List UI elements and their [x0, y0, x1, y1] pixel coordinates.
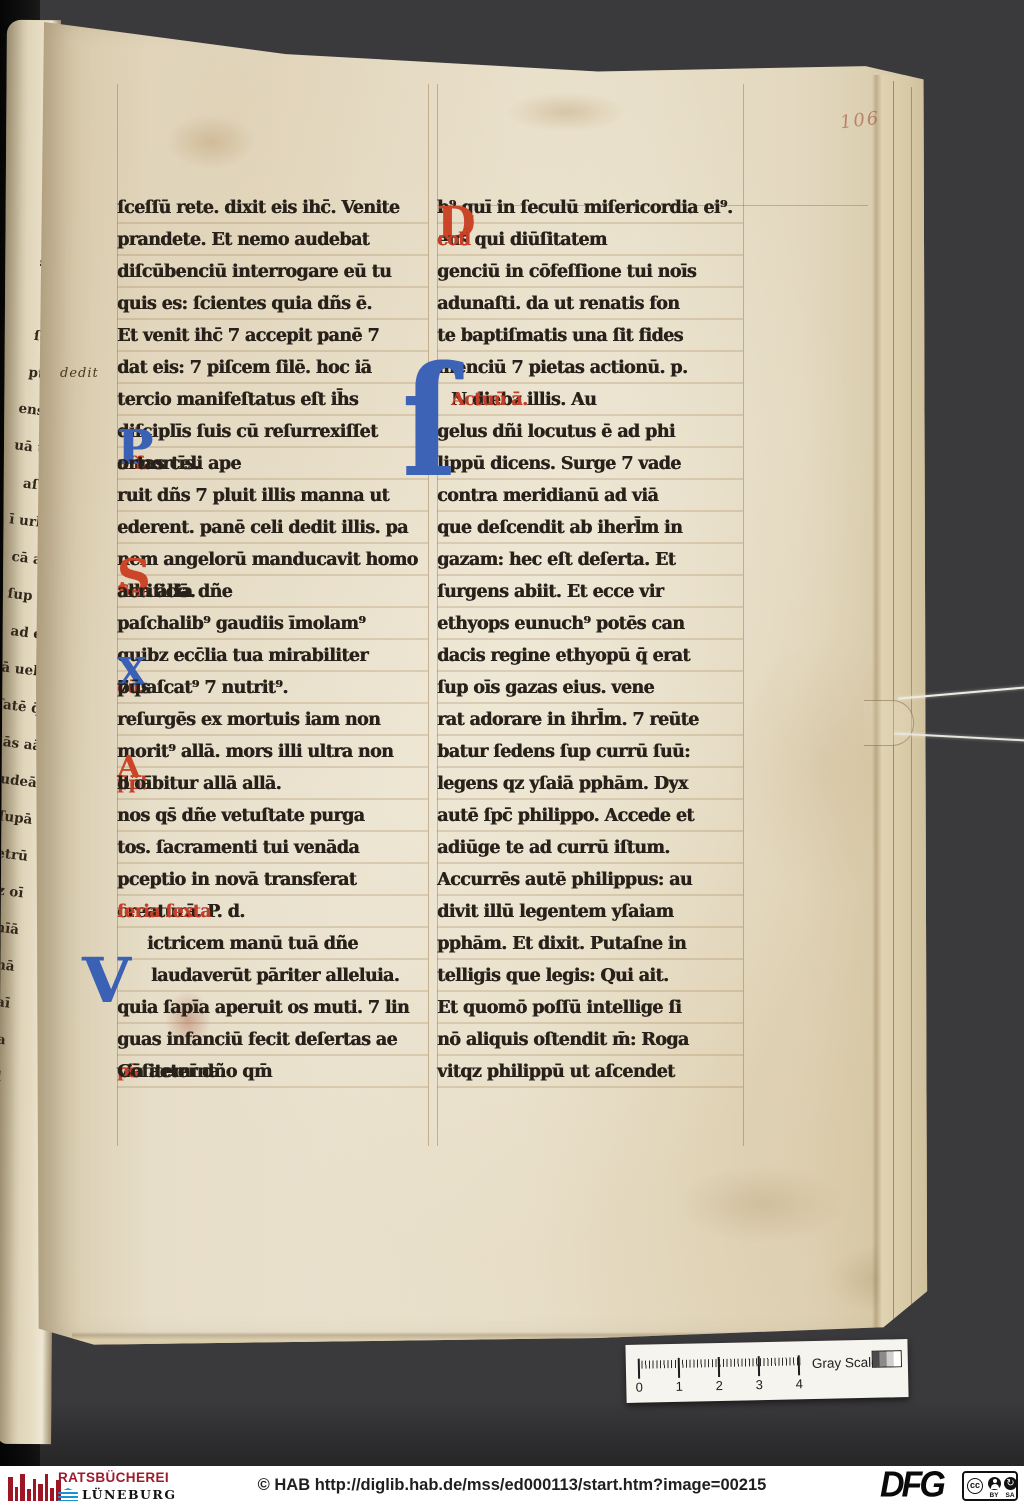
ruler-tick-label: 0 — [632, 1380, 646, 1395]
manuscript-line: rat adorare in ihrl̄m. 7 reūte — [437, 704, 743, 736]
ruler-major-tick — [758, 1356, 760, 1376]
manuscript-line: diſciplīs ſuis cū reſurrexiſſet — [117, 416, 428, 448]
manuscript-line: tos. ſacramenti tui venāda — [117, 832, 428, 864]
text-ink: gazam: hec eſt deſerta. Et — [437, 544, 675, 576]
text-ink: ſup oīs gazas eius. vene — [437, 672, 654, 704]
manuscript-line: quia ſapīa aperuit os muti. 7 lin — [117, 992, 428, 1024]
manuscript-line: dacis regine ethyopū q̄ erat — [437, 640, 743, 672]
text-rubric: feria ſexta — [117, 896, 211, 928]
manuscript-line: Deus qui diūſitatem coll̄ — [437, 224, 743, 256]
person-icon — [991, 1484, 999, 1489]
cc-sa-icon: ↻ — [1004, 1477, 1017, 1490]
initial-V: V — [82, 944, 130, 1017]
text-ink: b⁹ quī in ſeculū miſericordia ei⁹. — [437, 192, 732, 224]
manuscript-line: ſceſſū rete. dixit eis ihc̄. Venite — [117, 192, 428, 224]
manuscript-line: reſurgēs ex mortuis iam non — [117, 704, 428, 736]
text-ink: nem angelorū manducavit homo — [117, 544, 418, 576]
manuscript-line: pceptio in novā transferat — [117, 864, 428, 896]
cc-by-icon — [988, 1477, 1001, 1490]
share-alike-arrow-icon: ↻ — [1004, 1477, 1017, 1490]
text-ink: diſciplīs ſuis cū reſurrexiſſet — [117, 416, 377, 448]
text-ink: quis es: ſcientes quia dñs ē. — [117, 288, 372, 320]
cc-icon: cc — [967, 1478, 983, 1494]
dfg-logo: DFG — [880, 1465, 943, 1506]
text-ink: ortas celi ape — [117, 448, 241, 480]
manuscript-line: nem angelorū manducavit homo — [117, 544, 428, 576]
grayscale-label: Gray Scale — [812, 1355, 879, 1371]
manuscript-line: N diebz illis. Au Actuū ā. — [437, 384, 743, 416]
text-ink: guas infanciū fecit deſertas ae — [117, 1024, 397, 1056]
manuscript-line: morit⁹ allā. mors illi ultra non — [117, 736, 428, 768]
manuscript-line: que deſcendit ab iherl̄m in — [437, 512, 743, 544]
manuscript-line: quibz ecc̄lia tua mirabiliter — [117, 640, 428, 672]
manuscript-line: divit illū legentem yſaiam — [437, 896, 743, 928]
text-ink: morit⁹ allā. mors illi ultra non — [117, 736, 393, 768]
manuscript-line: batur ſedens ſup currū ſuū: — [437, 736, 743, 768]
manuscript-line: adiūge te ad currū iſtum. — [437, 832, 743, 864]
manuscript-line: ethyops eunuch⁹ potēs can — [437, 608, 743, 640]
leaf-edge-line — [911, 87, 912, 1331]
text-ink: lippū dicens. Surge 7 vade — [437, 448, 681, 480]
text-ink: nō aliquis oſtendit m̄: Roga — [437, 1024, 689, 1056]
ruler-major-tick — [718, 1357, 720, 1377]
manuscript-line: b⁹ quī in ſeculū miſericordia ei⁹. — [437, 192, 743, 224]
ruler-tick-label: 1 — [672, 1379, 686, 1394]
text-ink: ethyops eunuch⁹ potēs can — [437, 608, 684, 640]
manuscript-line: gelus dñi locutus ē ad phi — [437, 416, 743, 448]
text-ink: Et venit ihc̄ 7 accepit panē 7 — [117, 320, 379, 352]
page-holder-clip — [864, 700, 914, 746]
text-ink: paſchalib⁹ gaudiis īmolam⁹ — [117, 608, 365, 640]
text-rubric: coll̄ — [437, 224, 470, 256]
ruling-vertical — [743, 84, 744, 1146]
parchment-stain — [506, 92, 626, 132]
text-ink: ſurgens abiit. Et ecce vir — [437, 576, 663, 608]
margin-note: dedit — [60, 366, 99, 381]
manuscript-line: nos qs̄ dñe vetuſtate purga — [117, 800, 428, 832]
manuscript-line: ederent. panē celi dedit illis. pa — [117, 512, 428, 544]
footer-bar: RATSBÜCHEREI LÜNEBURG © HAB http://digli… — [0, 1466, 1024, 1506]
manuscript-line: ictricem manū tuā dñe — [117, 928, 428, 960]
text-ink: ruit dñs 7 pluit illis manna ut — [117, 480, 389, 512]
manuscript-line: telligis que legis: Qui ait. — [437, 960, 743, 992]
text-ink: gelus dñi locutus ē ad phi — [437, 416, 675, 448]
text-ink: quibz ecc̄lia tua mirabiliter — [117, 640, 368, 672]
text-ink: ictricem manū tuā dñe — [147, 928, 358, 960]
manuscript-line: menciū 7 pietas actionū. p. — [437, 352, 743, 384]
manuscript-line: 7 paſcat⁹ 7 nutrit⁹. cō. Xpūs — [117, 672, 428, 704]
text-ink: adiūge te ad currū iſtum. — [437, 832, 670, 864]
grayscale-ruler: 0 1 2 3 4 Gray Scale — [625, 1339, 908, 1403]
ruler-tick-label: 2 — [712, 1378, 726, 1393]
text-ink: telligis que legis: Qui ait. — [437, 960, 668, 992]
manuscript-line: laudaverūt pāriter alleluia. — [117, 960, 428, 992]
manuscript-line: ſurgens abiit. Et ecce vir — [437, 576, 743, 608]
text-ink: pūs — [117, 672, 150, 704]
ruler-major-tick — [638, 1359, 640, 1379]
text-ink: adunaſti. da ut renatis fon — [437, 288, 679, 320]
text-ink: quia ſapīa aperuit os muti. 7 lin — [117, 992, 409, 1024]
manuscript-line: dat eis: 7 piſcem ſilē. hoc iā — [117, 352, 428, 384]
manuscript-line: ſup oīs gazas eius. vene — [437, 672, 743, 704]
manuscript-line: te baptiſmatis una ſit fides — [437, 320, 743, 352]
text-ink: genciū in cōfeſſione tui noīs — [437, 256, 696, 288]
text-ink: autē ſpc̄ philippo. Accede et — [437, 800, 694, 832]
text-ink: batur ſedens ſup currū ſuū: — [437, 736, 690, 768]
manuscript-line: creaturā. P. d. feria ſexta — [117, 896, 428, 928]
parchment-stain — [166, 114, 256, 169]
digitized-manuscript-viewer: au ſcō ītusos. dūoſſul q̄s ihc̄. ſocū ſe… — [0, 0, 1024, 1506]
cc-sa-label: SA — [1003, 1492, 1017, 1499]
manuscript-line: guas infanciū fecit deſertas ae — [117, 1024, 428, 1056]
ruler-tick-label: 4 — [792, 1376, 806, 1391]
manuscript-line: prandete. Et nemo audebat — [117, 224, 428, 256]
text-ink: te baptiſmatis una ſit fides — [437, 320, 683, 352]
manuscript-line: vitqz philippū ut aſcendet — [437, 1056, 743, 1088]
manuscript-line: allā allā. Scr̄. Sacrificia dñe — [117, 576, 428, 608]
text-ink: nos qs̄ dñe vetuſtate purga — [117, 800, 364, 832]
text-ink: dat eis: 7 piſcem ſilē. hoc iā — [117, 352, 371, 384]
manuscript-line: contra meridianū ad viā — [437, 480, 743, 512]
text-ink: pphām. Et dixit. Putaſne in — [437, 928, 686, 960]
cc-license-badge[interactable]: cc ↻ BY SA — [962, 1471, 1018, 1501]
manuscript-line: gazam: hec eſt deſerta. Et — [437, 544, 743, 576]
background-shade — [0, 1400, 1024, 1466]
column-2: b⁹ quī in ſeculū miſericordia ei⁹.Deus q… — [437, 192, 743, 1088]
text-ink: tos. ſacramenti tui venāda — [117, 832, 359, 864]
person-icon — [993, 1479, 997, 1483]
manuscript-line: dñabitur allā allā. p̄pl Ab oī — [117, 768, 428, 800]
cc-by-label: BY — [987, 1492, 1001, 1499]
manuscript-line: ruit dñs 7 pluit illis manna ut — [117, 480, 428, 512]
text-ink: Cōfitemī dño qm̄ — [117, 1056, 272, 1088]
text-rubric: Actuū ā. — [451, 384, 528, 416]
initial-I: ſ — [402, 346, 456, 498]
text-ink: reſurgēs ex mortuis iam non — [117, 704, 380, 736]
manuscript-line: tercio manifeſtatus eſt ih̄s — [117, 384, 428, 416]
text-ink: que deſcendit ab iherl̄m in — [437, 512, 682, 544]
text-ink: divit illū legentem yſaiam — [437, 896, 673, 928]
text-ink: menciū 7 pietas actionū. p. — [437, 352, 687, 384]
gray-patch-white — [894, 1351, 901, 1366]
text-ink: prandete. Et nemo audebat — [117, 224, 369, 256]
manuscript-line: genciū in cōfeſſione tui noīs — [437, 256, 743, 288]
text-ink: tercio manifeſtatus eſt ih̄s — [117, 384, 358, 416]
manuscript-line: a mortīs. off. Portas celi ape — [117, 448, 428, 480]
manuscript-line: autē ſpc̄ philippo. Accede et — [437, 800, 743, 832]
column-1: ſceſſū rete. dixit eis ihc̄. Veniteprand… — [117, 192, 428, 1088]
manuscript-line: pphām. Et dixit. Putaſne in — [437, 928, 743, 960]
text-ink: dacis regine ethyopū q̄ erat — [437, 640, 690, 672]
manuscript-line: diſcūbenciū interrogare eū tu — [117, 256, 428, 288]
manuscript-line: via aeterna. ps̄ Cōfitemī dño qm̄ — [117, 1056, 428, 1088]
text-ink: contra meridianū ad viā — [437, 480, 658, 512]
ruler-major-tick — [678, 1358, 680, 1378]
ruler-major-tick — [798, 1355, 800, 1375]
grayscale-patches — [872, 1350, 902, 1368]
copyright-link[interactable]: © HAB http://diglib.hab.de/mss/ed000113/… — [0, 1476, 1024, 1495]
text-ink: diſcūbenciū interrogare eū tu — [117, 256, 391, 288]
text-ink: laudaverūt pāriter alleluia. — [151, 960, 399, 992]
manuscript-line: adunaſti. da ut renatis fon — [437, 288, 743, 320]
manuscript-line: nō aliquis oſtendit m̄: Roga — [437, 1024, 743, 1056]
text-ink: Accurrēs autē philippus: au — [437, 864, 692, 896]
manuscript-line: legens qz yſaiā pphām. Dyx — [437, 768, 743, 800]
text-ink: rat adorare in ihrl̄m. 7 reūte — [437, 704, 699, 736]
manuscript-line: Accurrēs autē philippus: au — [437, 864, 743, 896]
text-ink: ederent. panē celi dedit illis. pa — [117, 512, 408, 544]
ruling-vertical — [428, 84, 429, 1146]
text-ink: acrificia dñe — [117, 576, 232, 608]
text-ink: vitqz philippū ut aſcendet — [437, 1056, 675, 1088]
manuscript-line: Et quomō poſſū intellige ſi — [437, 992, 743, 1024]
manuscript-line: lippū dicens. Surge 7 vade — [437, 448, 743, 480]
manuscript-line: paſchalib⁹ gaudiis īmolam⁹ — [117, 608, 428, 640]
ruler-tick-label: 3 — [752, 1377, 766, 1392]
manuscript-line: quis es: ſcientes quia dñs ē. — [117, 288, 428, 320]
text-ink: pceptio in novā transferat — [117, 864, 356, 896]
text-ink: legens qz yſaiā pphām. Dyx — [437, 768, 688, 800]
text-ink: Et quomō poſſū intellige ſi — [437, 992, 681, 1024]
manuscript-line: Et venit ihc̄ 7 accepit panē 7 — [117, 320, 428, 352]
parchment-stain — [676, 1164, 846, 1244]
text-ink: ſceſſū rete. dixit eis ihc̄. Venite — [117, 192, 399, 224]
text-ink: b oī — [117, 768, 151, 800]
